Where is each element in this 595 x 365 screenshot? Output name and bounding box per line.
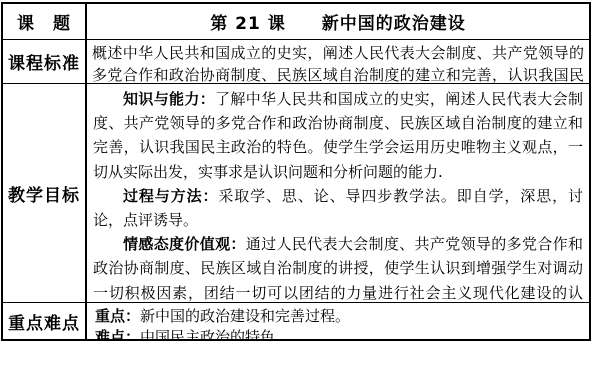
row-header-key-difficult-points-label: 重点难点 [8, 309, 80, 334]
objective-emotion-values: 情感态度价值观：通过人民代表大会制度、共产党领导的多党合作和政治协商制度、民族区… [93, 232, 583, 303]
curriculum-standard-text: 概述中华人民共和国成立的史实，阐述人民代表大会制度、共产党领导的多党合作和政治协… [92, 44, 584, 84]
objective-process-method: 过程与方法：采取学、思、论、导四步教学法。即自学，深思，讨论，点评诱导。 [93, 184, 583, 232]
difficult-point-text: 中国民主政治的特色。 [140, 328, 290, 339]
objective-knowledge-ability: 知识与能力：了解中华人民共和国成立的史实，阐述人民代表大会制度、共产党领导的多党… [93, 87, 583, 184]
objective-knowledge-ability-lead: 知识与能力： [123, 90, 215, 108]
row-header-teaching-objectives-label: 教学目标 [8, 181, 80, 206]
lesson-title-cell: 第 21 课 新中国的政治建设 [87, 4, 589, 40]
row-header-curriculum-standard: 课程标准 [3, 40, 87, 84]
difficult-point-line: 难点：中国民主政治的特色。 [95, 327, 581, 339]
key-point-lead: 重点： [95, 307, 140, 325]
curriculum-standard-cell: 概述中华人民共和国成立的史实，阐述人民代表大会制度、共产党领导的多党合作和政治协… [87, 40, 589, 84]
objective-emotion-values-lead: 情感态度价值观： [123, 235, 246, 253]
row-header-teaching-objectives: 教学目标 [3, 84, 87, 303]
row-header-lesson-topic-label: 课 题 [17, 9, 71, 34]
key-point-line: 重点：新中国的政治建设和完善过程。 [95, 306, 581, 327]
objective-process-method-lead: 过程与方法： [123, 187, 218, 205]
teaching-objectives-cell: 知识与能力：了解中华人民共和国成立的史实，阐述人民代表大会制度、共产党领导的多党… [87, 84, 589, 303]
key-point-text: 新中国的政治建设和完善过程。 [140, 307, 350, 325]
difficult-point-lead: 难点： [95, 328, 140, 339]
key-difficult-points-cell: 重点：新中国的政治建设和完善过程。 难点：中国民主政治的特色。 [87, 303, 589, 339]
lesson-title-text: 第 21 课 新中国的政治建设 [210, 9, 466, 34]
lesson-plan-table: 课 题 第 21 课 新中国的政治建设 课程标准 概述中华人民共和国成立的史实，… [1, 2, 591, 341]
row-header-lesson-topic: 课 题 [3, 4, 87, 40]
row-header-key-difficult-points: 重点难点 [3, 303, 87, 339]
row-header-curriculum-standard-label: 课程标准 [8, 49, 80, 74]
